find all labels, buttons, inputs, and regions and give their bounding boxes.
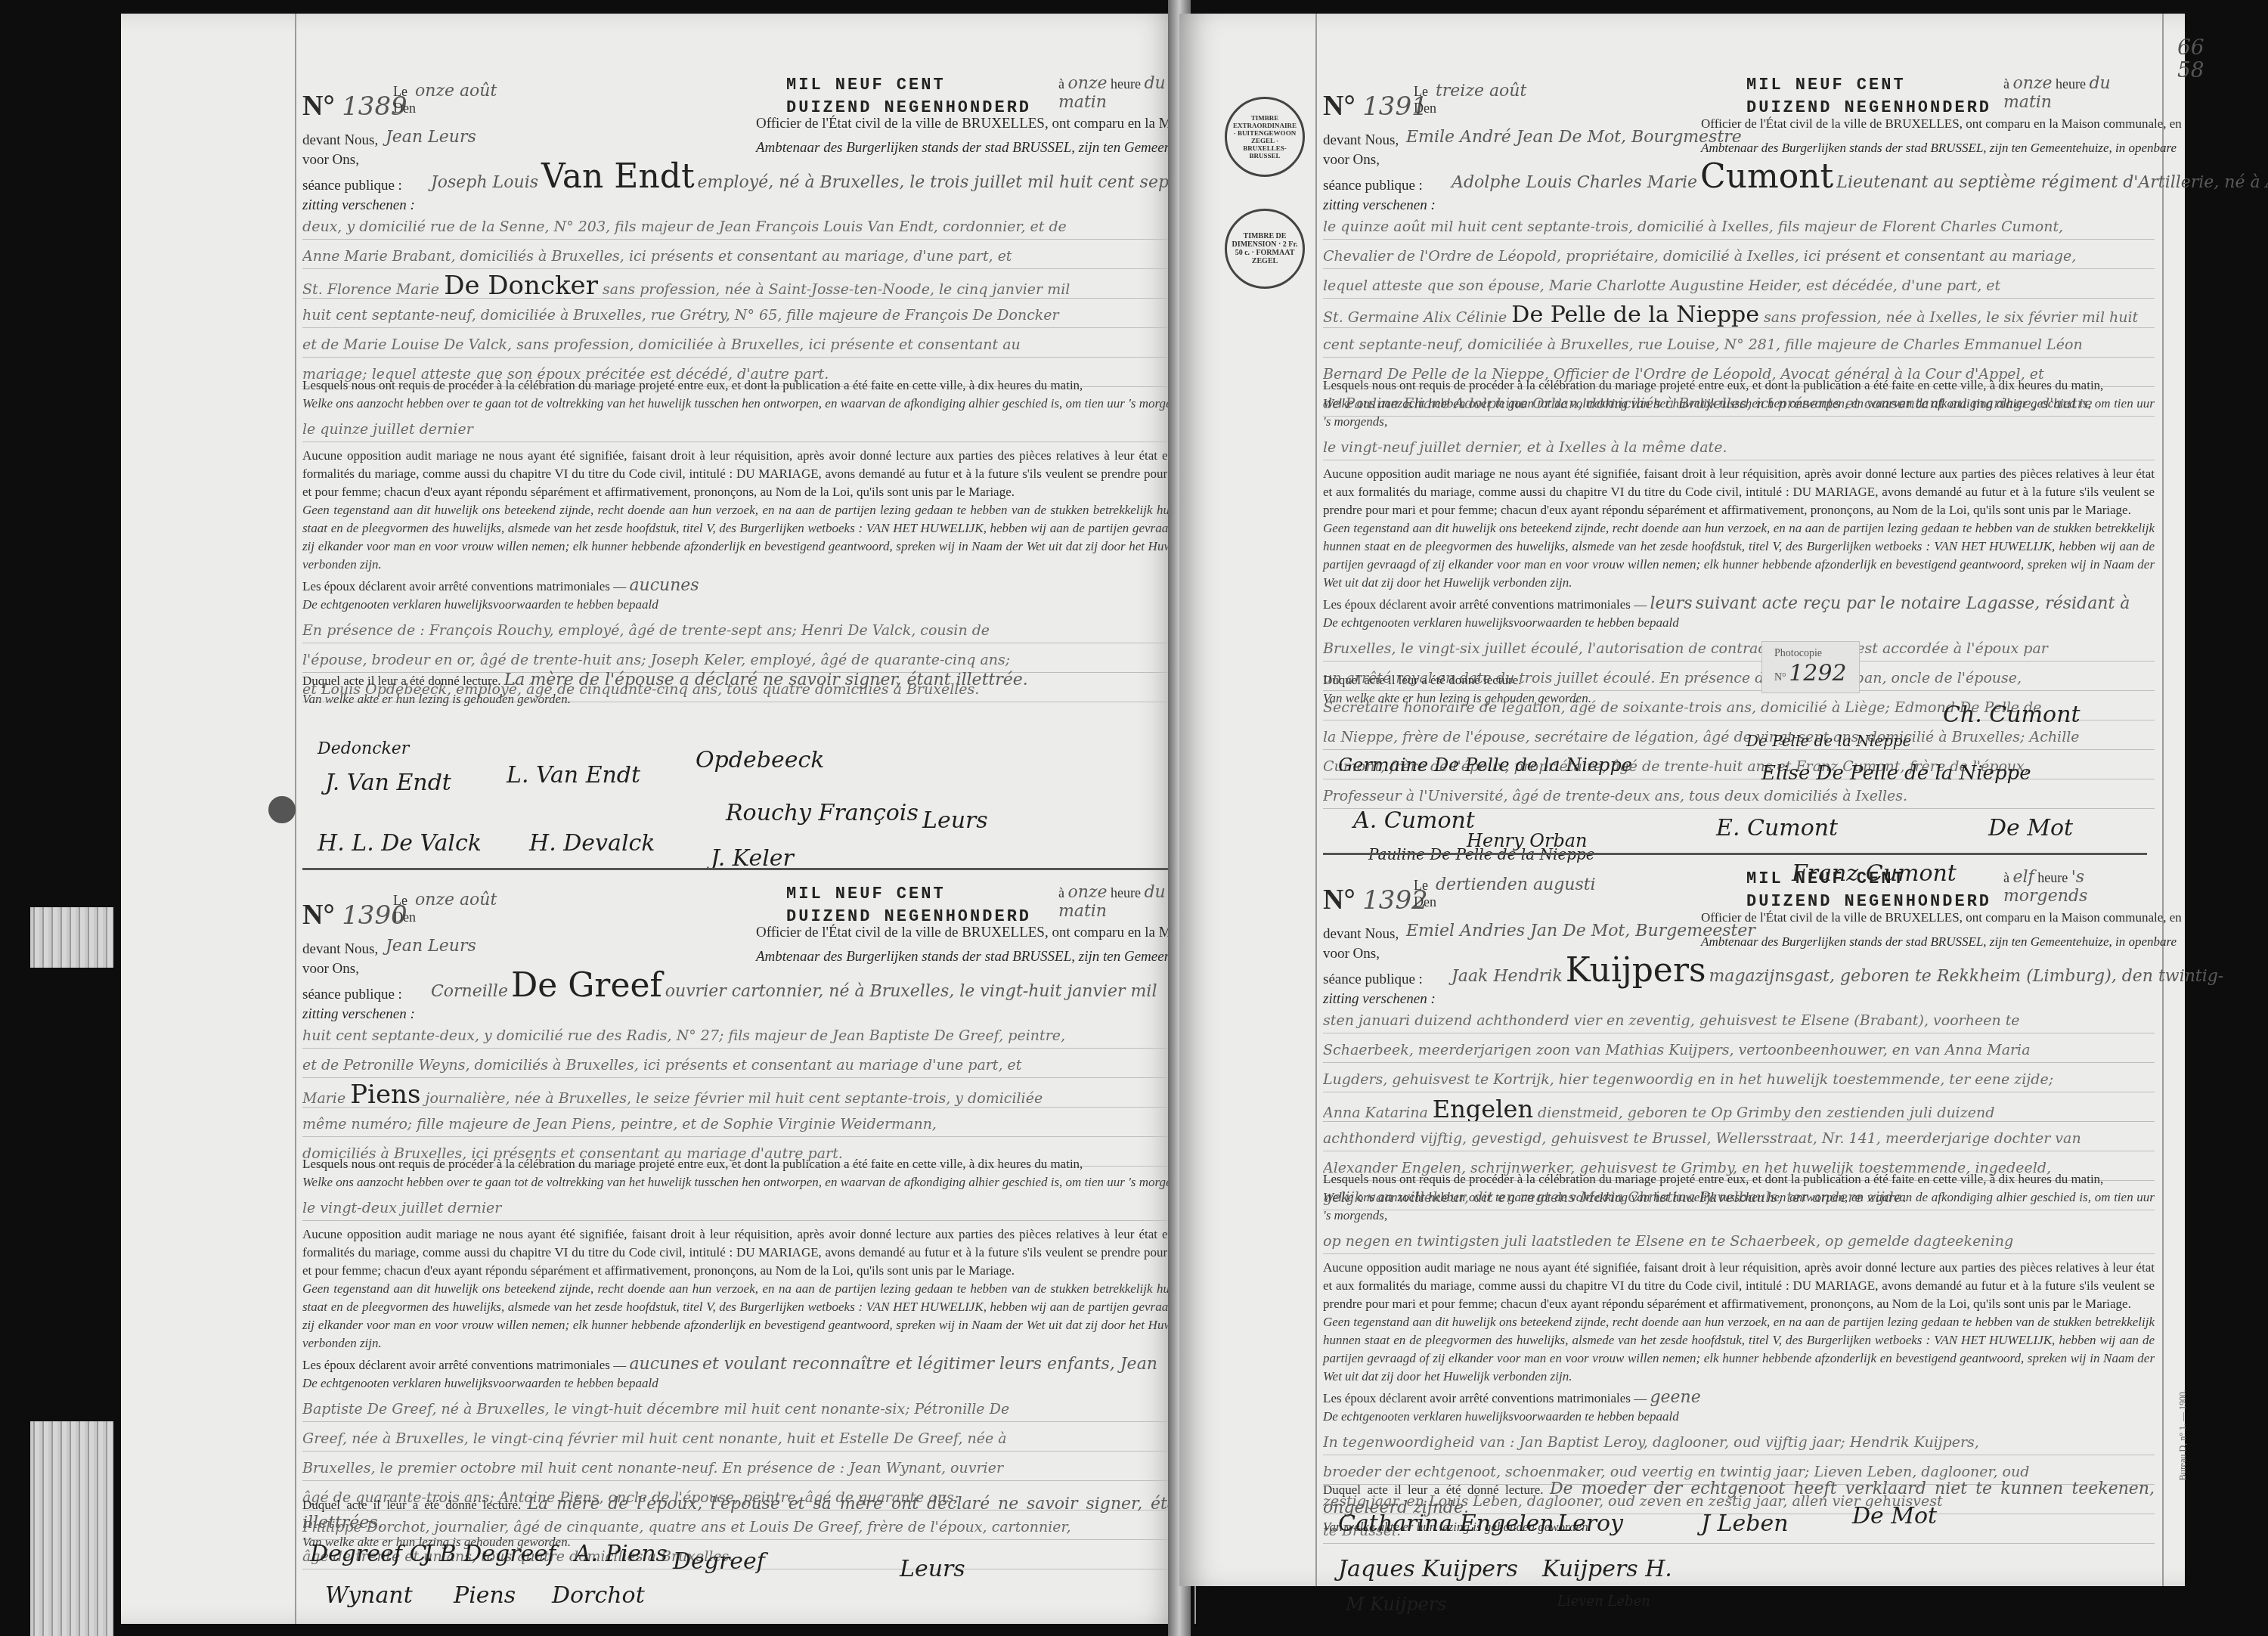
groom-name: Joseph Louis Van Endt employé, né à Brux… xyxy=(431,157,1218,196)
groom-details: huit cent septante-deux, y domicilié rue… xyxy=(302,1019,1194,1167)
signature: Jaques Kuijpers xyxy=(1338,1556,1518,1582)
signature: De Pelle de la Nieppe xyxy=(1746,732,1911,750)
signature: Leurs xyxy=(922,807,988,834)
signature: H. L. De Valck xyxy=(318,830,482,857)
signature: Ch. Cumont xyxy=(1943,702,2081,728)
signature: J. Van Endt xyxy=(325,770,451,796)
printer-mark: Bureau D, n° 1. — 1900. xyxy=(2177,1390,2189,1480)
margin-rule xyxy=(1315,14,1317,1586)
signature: Catharina Engelen xyxy=(1338,1511,1554,1537)
right-page: TIMBRE EXTRAORDINAIRE · BUITENGEWOON ZEG… xyxy=(1179,14,2185,1586)
signature: Leroy xyxy=(1557,1511,1623,1537)
marriage-record: N° 1389 Leonze aoûtDen MIL NEUF CENTDUIZ… xyxy=(302,59,1194,150)
groom-name: Jaak Hendrik Kuijpers magazijnsgast, geb… xyxy=(1452,951,2223,990)
signature: De Mot xyxy=(1852,1503,1937,1529)
signature: M Kuijpers xyxy=(1346,1594,1447,1615)
record-number: N° 1390 xyxy=(302,898,407,931)
groom-name: Adolphe Louis Charles Marie Cumont Lieut… xyxy=(1452,157,2268,196)
bride-name: Anna Katarina Engelen dienstmeid, gebore… xyxy=(1323,1092,2155,1122)
timbre-extraordinaire-stamp: TIMBRE EXTRAORDINAIRE · BUITENGEWOON ZEG… xyxy=(1225,97,1305,177)
groom-details: deux, y domicilié rue de la Senne, N° 20… xyxy=(302,210,1194,387)
signature: Leurs xyxy=(900,1556,965,1582)
signature: J B Degreef xyxy=(423,1541,556,1567)
signature: A. Cumont xyxy=(1353,807,1475,834)
publication-block: Lesquels nous ont requis de procéder à l… xyxy=(1323,376,2155,809)
bride-name: Marie Piens journalière, née à Bruxelles… xyxy=(302,1078,1194,1108)
signature: Piens xyxy=(454,1582,516,1609)
devant-nous: devant Nous,voor Ons,Jean Leurs xyxy=(302,131,378,170)
date-field: Leonze aoûtDen xyxy=(393,82,497,116)
publication-block: Lesquels nous ont requis de procéder à l… xyxy=(302,376,1194,702)
record-number: N° 1389 xyxy=(302,89,407,122)
bride-name: St. Germaine Alix Célinie De Pelle de la… xyxy=(1323,299,2155,328)
folio-number: 6658 xyxy=(2177,36,2204,82)
groom-name: Corneille De Greef ouvrier cartonnier, n… xyxy=(431,966,1157,1005)
signature: J Leben xyxy=(1701,1511,1789,1537)
signature: Lieven Leben xyxy=(1557,1594,1650,1610)
signature: H. Devalck xyxy=(529,830,655,857)
margin-rule xyxy=(295,14,296,1624)
record-number: N° 1391 xyxy=(1323,89,1428,122)
signature: Elise De Pelle de la Nieppe xyxy=(1761,762,2031,785)
signature: E. Cumont xyxy=(1716,815,1838,841)
record-number: N° 1392 xyxy=(1323,883,1428,916)
signature: Henry Orban xyxy=(1467,830,1588,851)
ink-blot xyxy=(268,796,296,823)
marriage-record: N° 1391 Letreize aoûtDen MIL NEUF CENTDU… xyxy=(1323,59,2155,150)
marriage-record: N° 1392 Ledertienden augustiDen MIL NEUF… xyxy=(1323,853,2155,943)
signature: Rouchy François xyxy=(726,800,919,826)
signature: Kuijpers H. xyxy=(1542,1556,1672,1582)
signature: Germaine De Pelle de la Nieppe xyxy=(1338,754,1632,776)
signature: Degreef C. xyxy=(310,1541,433,1567)
timbre-dimension-stamp: TIMBRE DE DIMENSION · 2 Fr. 50 c. · FORM… xyxy=(1225,209,1305,289)
signature: De Mot xyxy=(1988,815,2073,841)
signature: L. Van Endt xyxy=(507,762,640,789)
signature: Wynant xyxy=(325,1582,413,1609)
left-page: N° 1389 Leonze aoûtDen MIL NEUF CENTDUIZ… xyxy=(121,14,1179,1624)
marriage-record: N° 1390 Leonze aoûtDen MIL NEUF CENTDUIZ… xyxy=(302,868,1194,959)
signature: Dorchot xyxy=(552,1582,645,1609)
margin-rule xyxy=(2162,14,2164,1586)
signature: Dedoncker xyxy=(318,739,409,758)
signature: Opdebeeck xyxy=(696,747,824,773)
bride-name: St. Florence Marie De Doncker sans profe… xyxy=(302,269,1194,299)
signature: A. Piens xyxy=(575,1541,668,1567)
signature: Degreef xyxy=(673,1548,765,1575)
lecture-block: Duquel acte il leur a été donné lecture.… xyxy=(302,671,1194,708)
